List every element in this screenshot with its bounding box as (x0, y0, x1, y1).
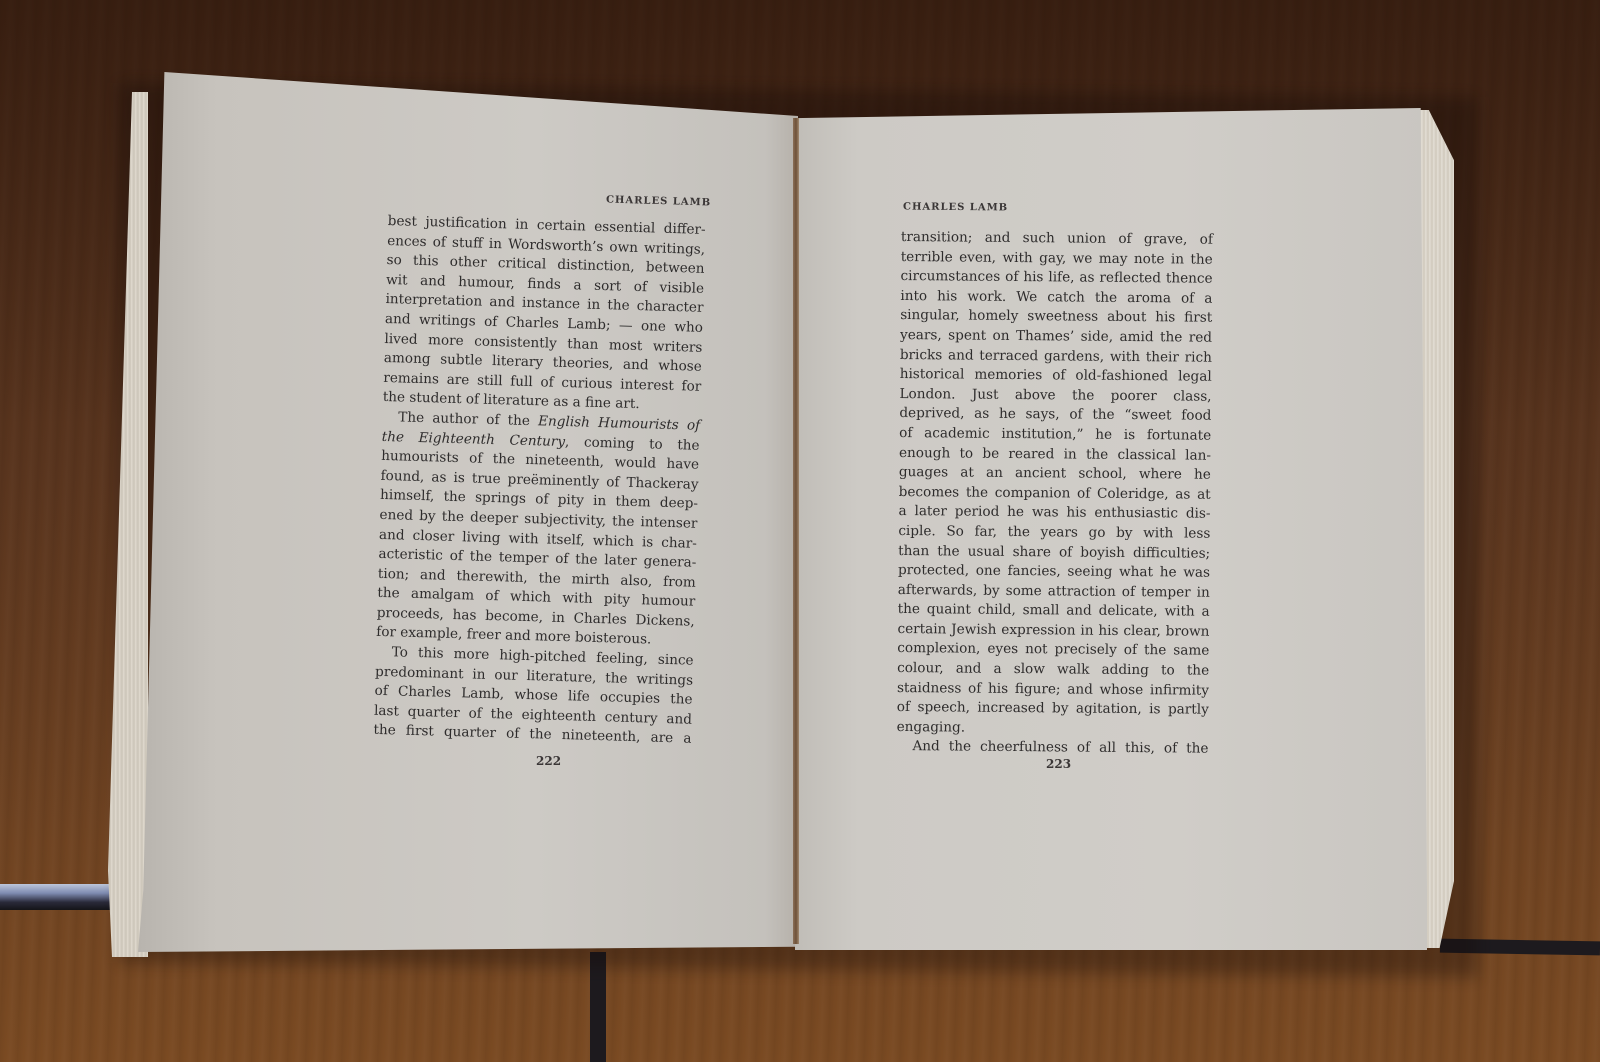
text-line: engaging. (897, 718, 1209, 740)
blue-cloth (0, 884, 115, 910)
text-line: transition; and such union of grave, of (901, 228, 1213, 250)
text-line: complexion, eyes not precisely of the sa… (897, 639, 1209, 661)
text-line: afterwards, by some attraction of temper… (898, 581, 1210, 603)
text-line: circumstances of his life, as reflected … (900, 267, 1212, 289)
right-running-head: CHARLES LAMB (903, 202, 1008, 214)
italic-book-title: the Eighteenth Century (382, 428, 566, 449)
left-page-text: best justification in certain essential … (373, 212, 706, 750)
text-line: the quaint child, small and delicate, wi… (898, 600, 1210, 622)
text-line: terrible even, with gay, we may note in … (901, 248, 1213, 270)
text-line: colour, and a slow walk adding to the (897, 659, 1209, 681)
text-line: becomes the companion of Coleridge, as a… (899, 483, 1211, 505)
text-line: enough to be reared in the classical lan… (899, 444, 1211, 466)
text-line: years, spent on Thames’ side, amid the r… (900, 326, 1212, 348)
text-line: deprived, as he says, of the “sweet food (899, 404, 1211, 426)
text-line: into his work. We catch the aroma of a (900, 287, 1212, 309)
italic-book-title: English Humourists of (538, 413, 700, 434)
text-line: guages at an ancient school, where he (899, 463, 1211, 485)
left-page-number: 222 (536, 754, 561, 768)
text-line: London. Just above the poorer class, (899, 385, 1211, 407)
text-line: certain Jewish expression in his clear, … (897, 620, 1209, 642)
text-line: singular, homely sweetness about his fir… (900, 306, 1212, 328)
text-line: historical memories of old-fashioned leg… (900, 365, 1212, 387)
text-line: a later period he was his enthusiastic d… (898, 502, 1210, 524)
text-line: of speech, increased by agitation, is pa… (897, 698, 1209, 720)
book-gutter (793, 118, 799, 944)
text-line: bricks and terraced gardens, with their … (900, 346, 1212, 368)
right-page-text: transition; and such union of grave, of … (896, 228, 1213, 760)
text-line: than the usual share of boyish difficult… (898, 541, 1210, 563)
right-page-number: 223 (1046, 757, 1071, 771)
text-line: ciple. So far, the years go by with less (898, 522, 1210, 544)
text-line: protected, one fancies, seeing what he w… (898, 561, 1210, 583)
text-line: of academic institution,” he is fortunat… (899, 424, 1211, 446)
text-line: staidness of his figure; and whose infir… (897, 679, 1209, 701)
table-seam-vertical (590, 952, 606, 1062)
